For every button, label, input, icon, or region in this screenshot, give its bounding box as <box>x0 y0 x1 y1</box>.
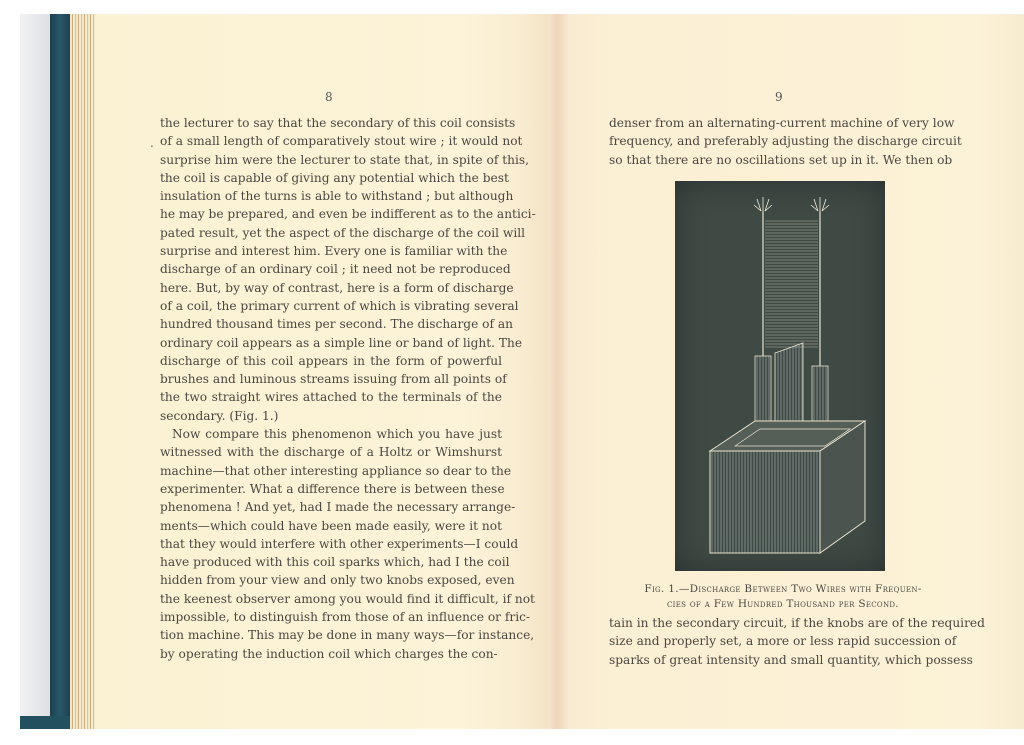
text-line: insulation of the turns is able to withs… <box>160 187 502 205</box>
text-line: ments—which could have been made easily,… <box>160 517 502 535</box>
text-line: phenomena ! And yet, had I made the nece… <box>160 498 502 516</box>
text-line: frequency, and preferably adjusting the … <box>609 132 952 150</box>
figure-1-engraving <box>675 181 885 571</box>
text-line: witnessed with the discharge of a Holtz … <box>160 443 502 461</box>
text-line: here. But, by way of contrast, here is a… <box>160 279 502 297</box>
text-line: that they would interfere with other exp… <box>160 535 502 553</box>
caption-line-2: cies of a Few Hundred Thousand per Secon… <box>608 597 958 612</box>
text-line: denser from an alternating-current machi… <box>609 114 952 132</box>
brush-discharge-icon <box>754 197 829 211</box>
stray-dot: . <box>150 136 154 150</box>
text-line: by operating the induction coil which ch… <box>160 645 502 663</box>
right-page-body-text-bottom: tain in the secondary circuit, if the kn… <box>609 614 952 669</box>
text-line: size and properly set, a more or less ra… <box>609 632 952 650</box>
text-line: ordinary coil appears as a simple line o… <box>160 334 502 352</box>
text-line: discharge of this coil appears in the fo… <box>160 352 502 370</box>
book-gutter <box>548 14 570 729</box>
left-page-body-text: the lecturer to say that the secondary o… <box>160 114 502 663</box>
book-cover-edge <box>20 716 70 729</box>
left-page-number: 8 <box>325 90 333 104</box>
text-line: of a coil, the primary current of which … <box>160 297 502 315</box>
text-line: surprise and interest him. Every one is … <box>160 242 502 260</box>
text-line: Now compare this phenomenon which you ha… <box>160 425 502 443</box>
text-line: sparks of great intensity and small quan… <box>609 651 952 669</box>
text-line: pated result, yet the aspect of the disc… <box>160 224 502 242</box>
right-page-body-text-top: denser from an alternating-current machi… <box>609 114 952 169</box>
text-line: the coil is capable of giving any potent… <box>160 169 502 187</box>
text-line: tain in the secondary circuit, if the kn… <box>609 614 952 632</box>
text-line: the lecturer to say that the secondary o… <box>160 114 502 132</box>
text-line: surprise him were the lecturer to state … <box>160 151 502 169</box>
text-line: hidden from your view and only two knobs… <box>160 571 502 589</box>
text-line: brushes and luminous streams issuing fro… <box>160 370 502 388</box>
text-line: machine—that other interesting appliance… <box>160 462 502 480</box>
text-line: of a small length of comparatively stout… <box>160 132 502 150</box>
text-line: tion machine. This may be done in many w… <box>160 626 502 644</box>
caption-line-1: Fig. 1.—Discharge Between Two Wires with… <box>608 582 958 597</box>
text-line: discharge of an ordinary coil ; it need … <box>160 260 502 278</box>
coil-discharge-illustration <box>675 181 885 571</box>
text-line: hundred thousand times per second. The d… <box>160 315 502 333</box>
figure-1-caption: Fig. 1.—Discharge Between Two Wires with… <box>608 582 958 612</box>
right-page-number: 9 <box>775 90 783 104</box>
page-edges <box>70 14 95 729</box>
text-line: experimenter. What a difference there is… <box>160 480 502 498</box>
text-line: impossible, to distinguish from those of… <box>160 608 502 626</box>
text-line: secondary. (Fig. 1.) <box>160 407 502 425</box>
text-line: the keenest observer among you would fin… <box>160 590 502 608</box>
text-line: so that there are no oscillations set up… <box>609 151 952 169</box>
text-line: the two straight wires attached to the t… <box>160 388 502 406</box>
book-cover-spine <box>50 14 70 729</box>
text-line: he may be prepared, and even be indiffer… <box>160 205 502 223</box>
text-line: have produced with this coil sparks whic… <box>160 553 502 571</box>
